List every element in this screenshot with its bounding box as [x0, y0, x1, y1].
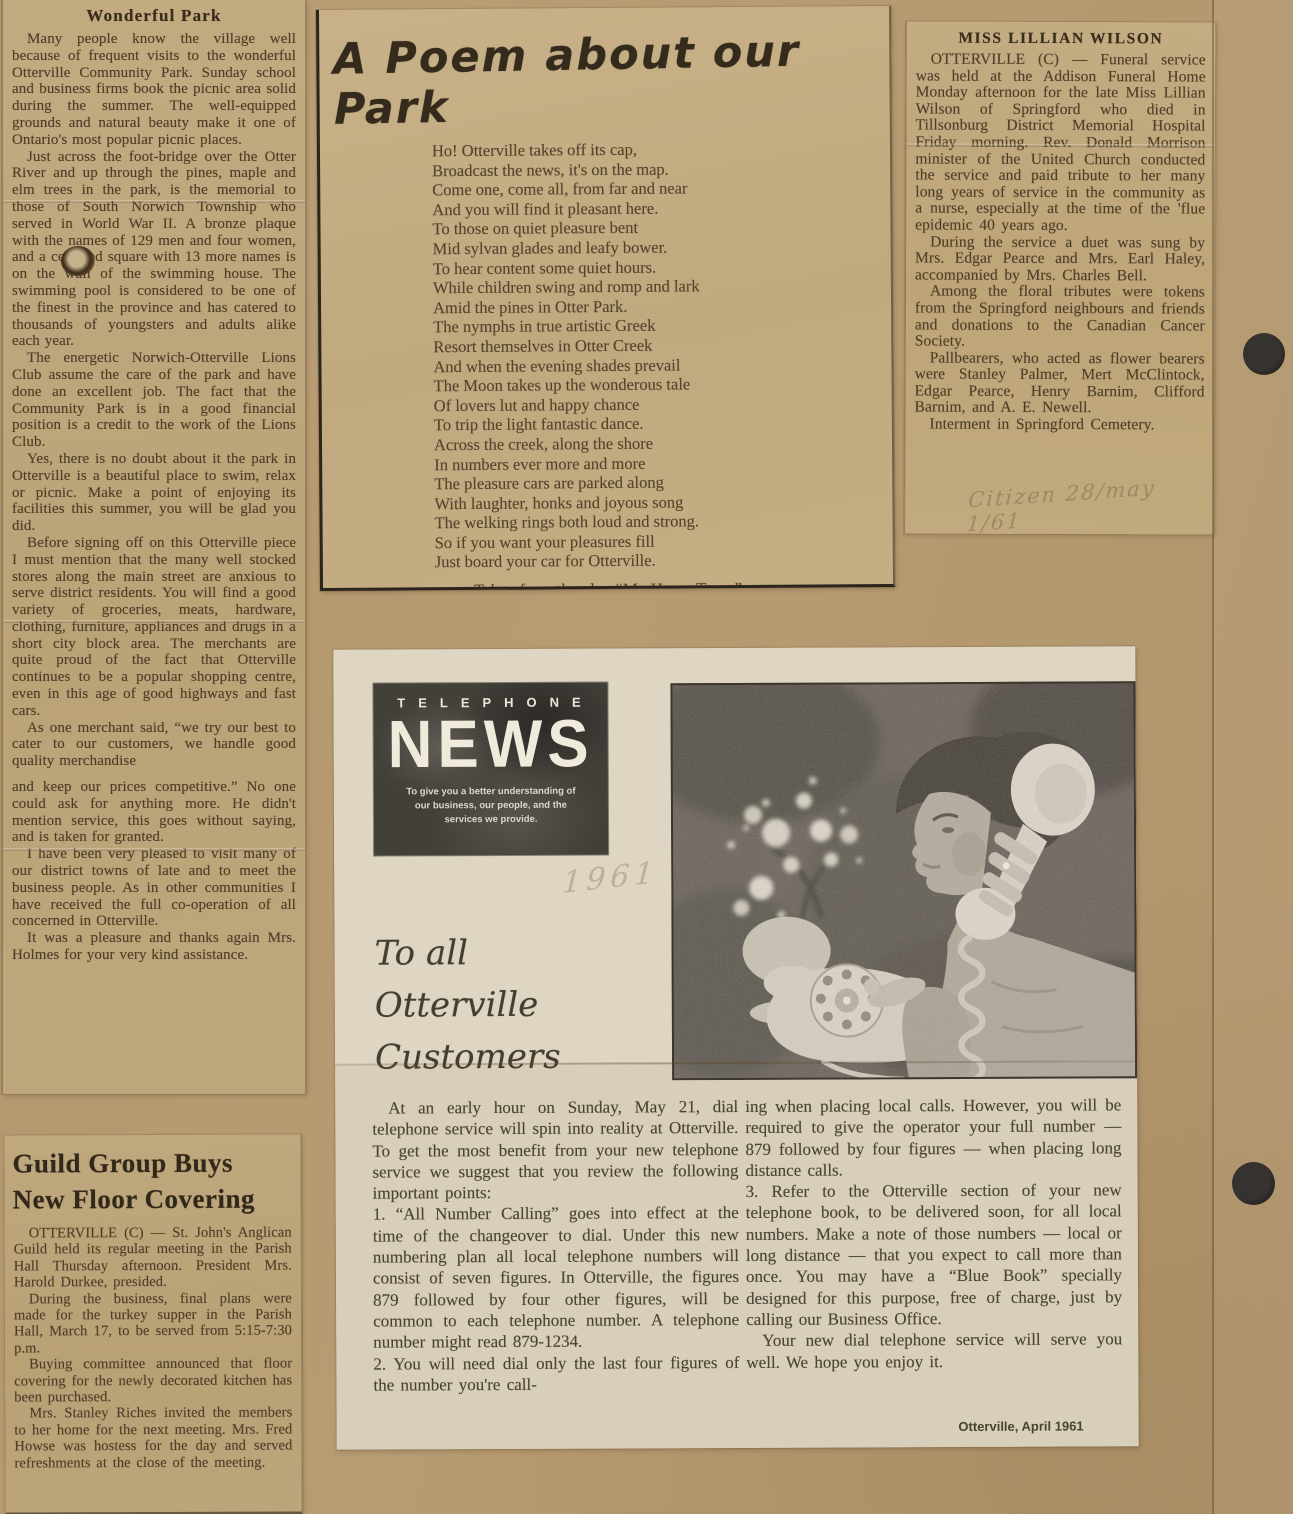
paragraph: At an early hour on Sunday, May 21, dial… — [372, 1096, 738, 1204]
paragraph: and keep our prices competitive.” No one… — [12, 779, 296, 846]
poem-title: A Poem about our Park — [333, 25, 891, 135]
clipping-guild-group: Guild Group Buys New Floor Covering OTTE… — [4, 1134, 302, 1514]
paragraph: Just across the foot-bridge over the Ott… — [12, 149, 296, 351]
punch-hole — [1243, 333, 1285, 375]
clipping-poem: A Poem about our Park Ho! Otterville tak… — [316, 6, 895, 591]
salutation: To all Otterville Customers — [374, 927, 560, 1084]
paragraph: Your new dial telephone service will ser… — [746, 1329, 1122, 1373]
paragraph: Before signing off on this Otterville pi… — [12, 535, 296, 720]
telephone-column-left: At an early hour on Sunday, May 21, dial… — [372, 1096, 739, 1396]
paragraph: Interment in Springford Cemetery. — [914, 417, 1204, 435]
paragraph: During the business, final plans were ma… — [14, 1290, 292, 1357]
paragraph: Yes, there is no doubt about it the park… — [12, 451, 296, 535]
paragraph: OTTERVILLE (C) — St. John's Anglican Gui… — [14, 1225, 292, 1292]
paragraph: Among the floral tributes were tokens fr… — [915, 284, 1205, 351]
telephone-column-right: ing when placing local calls. However, y… — [745, 1094, 1122, 1372]
paragraph: It was a pleasure and thanks again Mrs. … — [12, 930, 296, 964]
paragraph: Pallbearers, who acted as flower bearers… — [915, 350, 1205, 417]
handwritten-year: 1961 — [561, 855, 659, 901]
masthead-title: NEWS — [374, 711, 608, 779]
poem-lines: Ho! Otterville takes off its cap, Broadc… — [432, 138, 893, 572]
paragraph: Mrs. Stanley Riches invited the members … — [14, 1405, 292, 1472]
obituary-body: OTTERVILLE (C) — Funeral service was hel… — [905, 51, 1214, 434]
guild-body: OTTERVILLE (C) — St. John's Anglican Gui… — [5, 1224, 302, 1471]
paragraph: During the service a duet was sung by Mr… — [915, 234, 1205, 285]
paragraph: 2. You will need dial only the last four… — [373, 1352, 739, 1396]
paragraph: As one merchant said, “we try our best t… — [12, 720, 296, 770]
paragraph: Many people know the village well becaus… — [12, 31, 296, 149]
page-margin-strip — [1214, 0, 1293, 1514]
telephone-news-masthead: TELEPHONE NEWS To give you a better unde… — [373, 683, 608, 856]
masthead-tagline: To give you a better understanding of ou… — [374, 785, 608, 828]
handwritten-note: Citizen 28/may 1/61 — [966, 472, 1215, 535]
photo-woman-dialing-telephone — [670, 681, 1137, 1080]
paragraph: Buying committee announced that floor co… — [14, 1356, 292, 1406]
poem-credit: Taken from the play “My Home Town” — [323, 578, 893, 591]
paragraph: 3. Refer to the Otterville section of yo… — [746, 1180, 1123, 1331]
obituary-title: MISS LILLIAN WILSON — [907, 21, 1215, 52]
scrapbook-page: Wonderful Park Many people know the vill… — [0, 0, 1293, 1514]
paragraph: The energetic Norwich-Otterville Lions C… — [12, 350, 296, 451]
punch-hole — [1232, 1162, 1275, 1205]
paragraph: I have been very pleased to visit many o… — [12, 846, 296, 930]
dateline: Otterville, April 1961 — [958, 1418, 1083, 1434]
clipping-obituary: MISS LILLIAN WILSON OTTERVILLE (C) — Fun… — [904, 21, 1216, 534]
paragraph: ing when placing local calls. However, y… — [745, 1094, 1121, 1181]
paragraph: OTTERVILLE (C) — Funeral service was hel… — [915, 51, 1206, 235]
wonderful-park-title: Wonderful Park — [3, 0, 305, 31]
clipping-telephone-news: TELEPHONE NEWS To give you a better unde… — [333, 646, 1138, 1449]
wonderful-park-body: Many people know the village well becaus… — [3, 31, 305, 964]
paper-hole — [61, 246, 95, 276]
paragraph: 1. “All Number Calling” goes into effect… — [373, 1202, 740, 1353]
guild-headline: Guild Group Buys New Floor Covering — [12, 1144, 300, 1217]
clipping-wonderful-park: Wonderful Park Many people know the vill… — [2, 0, 306, 1094]
